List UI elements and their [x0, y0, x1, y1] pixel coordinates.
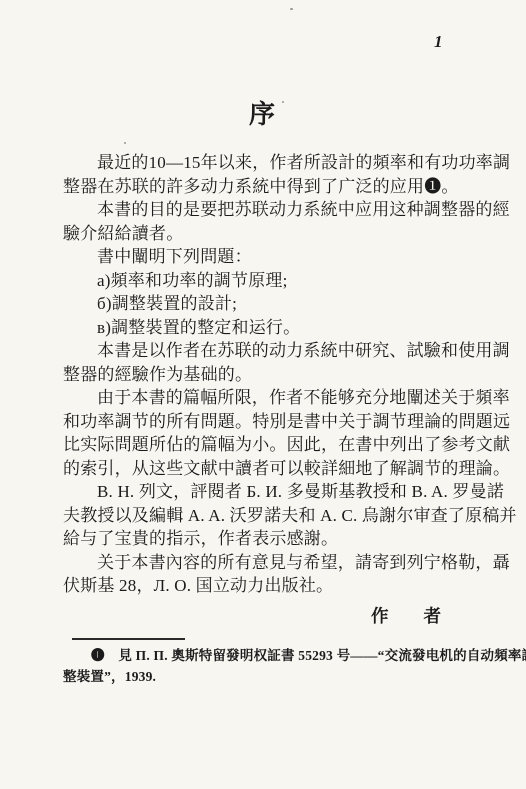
footnote-rule	[72, 638, 185, 640]
scanned-book-page: 1 序 最近的10—15年以来，作者所設計的頻率和有功功率調 整器在苏联的許多动…	[0, 0, 526, 789]
footnote-line: ❶ 見 П. П. 奧斯特留發明权証書 55293 号——“交流發电机的自动頻率…	[63, 646, 465, 667]
body-line: в)調整裝置的整定和运行。	[63, 316, 465, 340]
preface-body: 最近的10—15年以来，作者所設計的頻率和有功功率調 整器在苏联的許多动力系統中…	[63, 151, 465, 628]
body-line: 書中闡明下列問題：	[63, 245, 465, 269]
body-line: 的索引，从这些文献中讀者可以較詳細地了解調节的理論。	[63, 457, 465, 481]
scan-speck	[290, 8, 293, 10]
scan-speck	[282, 101, 284, 103]
body-line: 本書是以作者在苏联的动力系統中研究、試驗和使用調	[63, 339, 465, 363]
body-line: B. H. 列文，評閱者 Б. И. 多曼斯基教授和 B. A. 罗曼諾	[63, 480, 465, 504]
body-line: 驗介紹給讀者。	[63, 222, 465, 246]
body-line: a)頻率和功率的調节原理;	[63, 269, 465, 293]
body-line: б)調整裝置的設計;	[63, 292, 465, 316]
body-line: 給与了宝貴的指示，作者表示感謝。	[63, 527, 465, 551]
body-line: 本書的目的是要把苏联动力系統中应用这种調整器的經	[63, 198, 465, 222]
footnote: ❶ 見 П. П. 奧斯特留發明权証書 55293 号——“交流發电机的自动頻率…	[63, 638, 465, 687]
page-number: 1	[434, 32, 443, 52]
body-line: 比实际問題所佔的篇幅为小。因此，在書中列出了参考文献	[63, 433, 465, 457]
scan-speck	[124, 142, 126, 144]
author-signature: 作 者	[63, 604, 465, 628]
preface-title: 序	[0, 94, 526, 131]
footnote-line: 整裝置”，1939.	[63, 667, 465, 688]
body-line: 夫教授以及編輯 A. A. 沃罗諾夫和 A. C. 烏謝尔审查了原稿并	[63, 504, 465, 528]
body-line: 整器在苏联的許多动力系統中得到了广泛的应用❶。	[63, 175, 465, 199]
body-line: 最近的10—15年以来，作者所設計的頻率和有功功率調	[63, 151, 465, 175]
body-line: 关于本書內容的所有意見与希望，請寄到列宁格勒，聶	[63, 551, 465, 575]
body-line: 由于本書的篇幅所限，作者不能够充分地闡述关于頻率	[63, 386, 465, 410]
body-line: 伏斯基 28，Л. О. 国立动力出版社。	[63, 574, 465, 598]
body-line: 和功率調节的所有問題。特別是書中关于調节理論的問題远	[63, 410, 465, 434]
body-line: 整器的經驗作为基础的。	[63, 363, 465, 387]
